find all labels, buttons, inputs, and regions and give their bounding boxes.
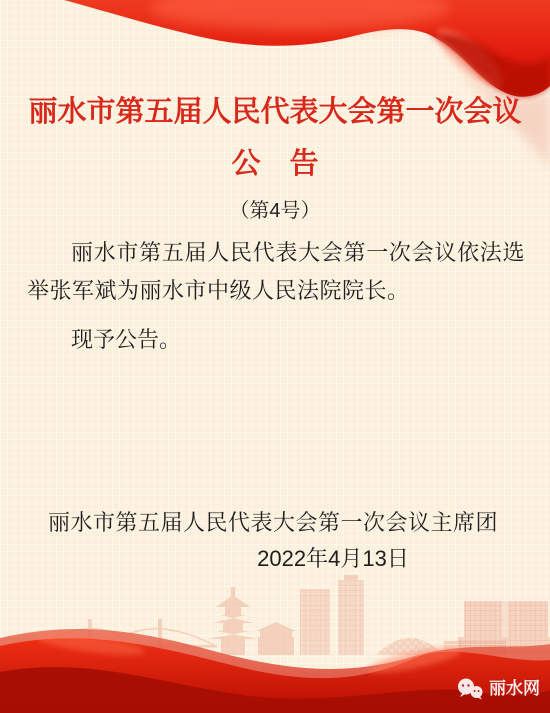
closing-line: 现予公告。	[27, 325, 181, 355]
signature-line: 丽水市第五届人民代表大会第一次会议主席团	[0, 506, 498, 540]
announcement-page: 丽水市第五届人民代表大会第一次会议 公 告 （第4号） 丽水市第五届人民代表大会…	[0, 0, 550, 713]
site-watermark: 丽水网	[456, 678, 540, 700]
notice-title-line2: 公 告	[0, 148, 550, 180]
doc-number: （第4号）	[0, 197, 550, 225]
notice-title: 丽水市第五届人民代表大会第一次会议 公 告	[0, 92, 550, 180]
date-line: 2022年4月13日	[116, 544, 550, 574]
wechat-icon	[456, 678, 484, 700]
notice-title-line1: 丽水市第五届人民代表大会第一次会议	[0, 92, 550, 132]
site-watermark-text: 丽水网	[489, 679, 540, 699]
notice-body-paragraph: 丽水市第五届人民代表大会第一次会议依法选举张军斌为丽水市中级人民法院院长。	[27, 234, 525, 310]
city-skyline-decoration	[0, 575, 550, 667]
